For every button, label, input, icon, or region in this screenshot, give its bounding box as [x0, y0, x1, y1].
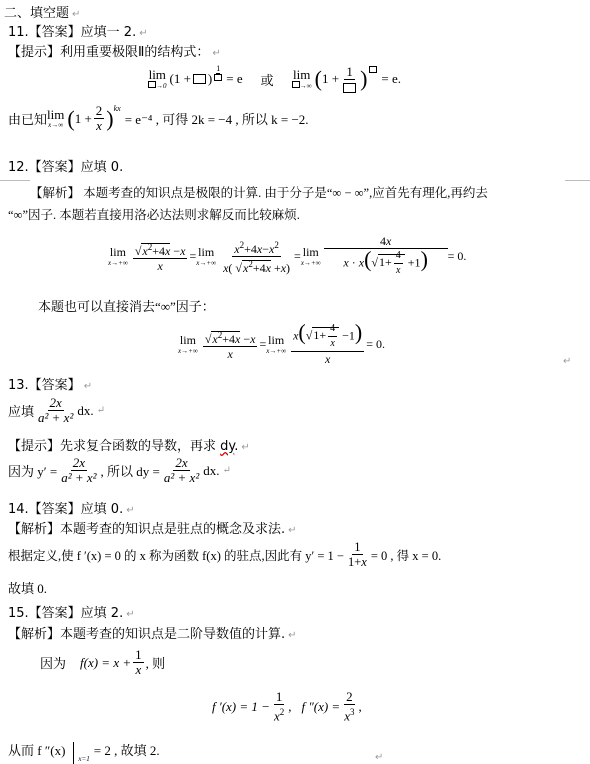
- q11-hint: 【提示】利用重要极限Ⅱ的结构式：↵: [8, 41, 221, 60]
- q11-answer: 11.【答案】应填一 2.↵: [8, 21, 148, 40]
- q11-derivation: 由已知 limx→∞ (1 + 2x )kx = e⁻⁴ , 可得 2k = −…: [8, 104, 309, 133]
- q13-hint: 【提示】先求复合函数的导数，再求 dy.↵: [8, 435, 250, 454]
- q14-conclusion: 故填 0.: [8, 578, 47, 597]
- q12-answer: 12.【答案】应填 0.: [8, 156, 123, 175]
- q14-answer: 14.【答案】应填 0.↵: [8, 498, 135, 517]
- q13-answer: 13.【答案】↵: [8, 374, 92, 393]
- q12-alt-text: 本题也可以直接消去“∞”因子：: [38, 296, 215, 315]
- q15-answer: 15.【答案】应填 2.↵: [8, 602, 135, 621]
- q12-analysis-line1: 【解析】 本题考查的知识点是极限的计算. 由于分子是“∞ − ∞”,应首先有理化…: [30, 183, 488, 201]
- divider-left: [0, 180, 30, 181]
- q15-because: 因为 f(x) = x + 1x , 则: [40, 648, 165, 677]
- q12-formula-cancel: limx→+∞ √x2+4x −xx = limx→+∞ x(√1+4x −1)…: [178, 322, 385, 366]
- return-mark: ↵: [375, 752, 383, 763]
- q13-fill: 应填 2xa² + x² dx.↵: [8, 396, 105, 425]
- divider-right: [565, 180, 590, 181]
- q15-derivatives: f ′(x) = 1 − 1x2, f ″(x) = 2x3,: [212, 690, 362, 723]
- q12-analysis-line2: “∞”因子. 本题若直接用洛必达法则求解反而比较麻烦.: [8, 205, 300, 223]
- q11-formula-important-limit: lim→0 (1 + ) 1 = e 或 lim→∞ (1 + 1 ) = e.: [148, 64, 401, 94]
- q15-final: 从而 f ″(x) x=1 = 2 , 故填 2.: [8, 738, 160, 760]
- q14-detail: 根据定义,使 f ′(x) = 0 的 x 称为函数 f(x) 的驻点,因此有 …: [8, 540, 441, 569]
- q15-analysis: 【解析】本题考查的知识点是二阶导数值的计算.↵: [8, 623, 297, 642]
- return-mark: ↵: [563, 356, 571, 367]
- q14-analysis: 【解析】本题考查的知识点是驻点的概念及求法.↵: [8, 518, 297, 537]
- section-title: 二、填空题↵: [4, 2, 80, 21]
- q13-because: 因为 y′ = 2xa² + x² , 所以 dy = 2xa² + x² dx…: [8, 456, 231, 485]
- q12-formula-rationalize: limx→+∞ √x2+4x −xx = limx→+∞ x2+4x−x2x( …: [108, 234, 466, 278]
